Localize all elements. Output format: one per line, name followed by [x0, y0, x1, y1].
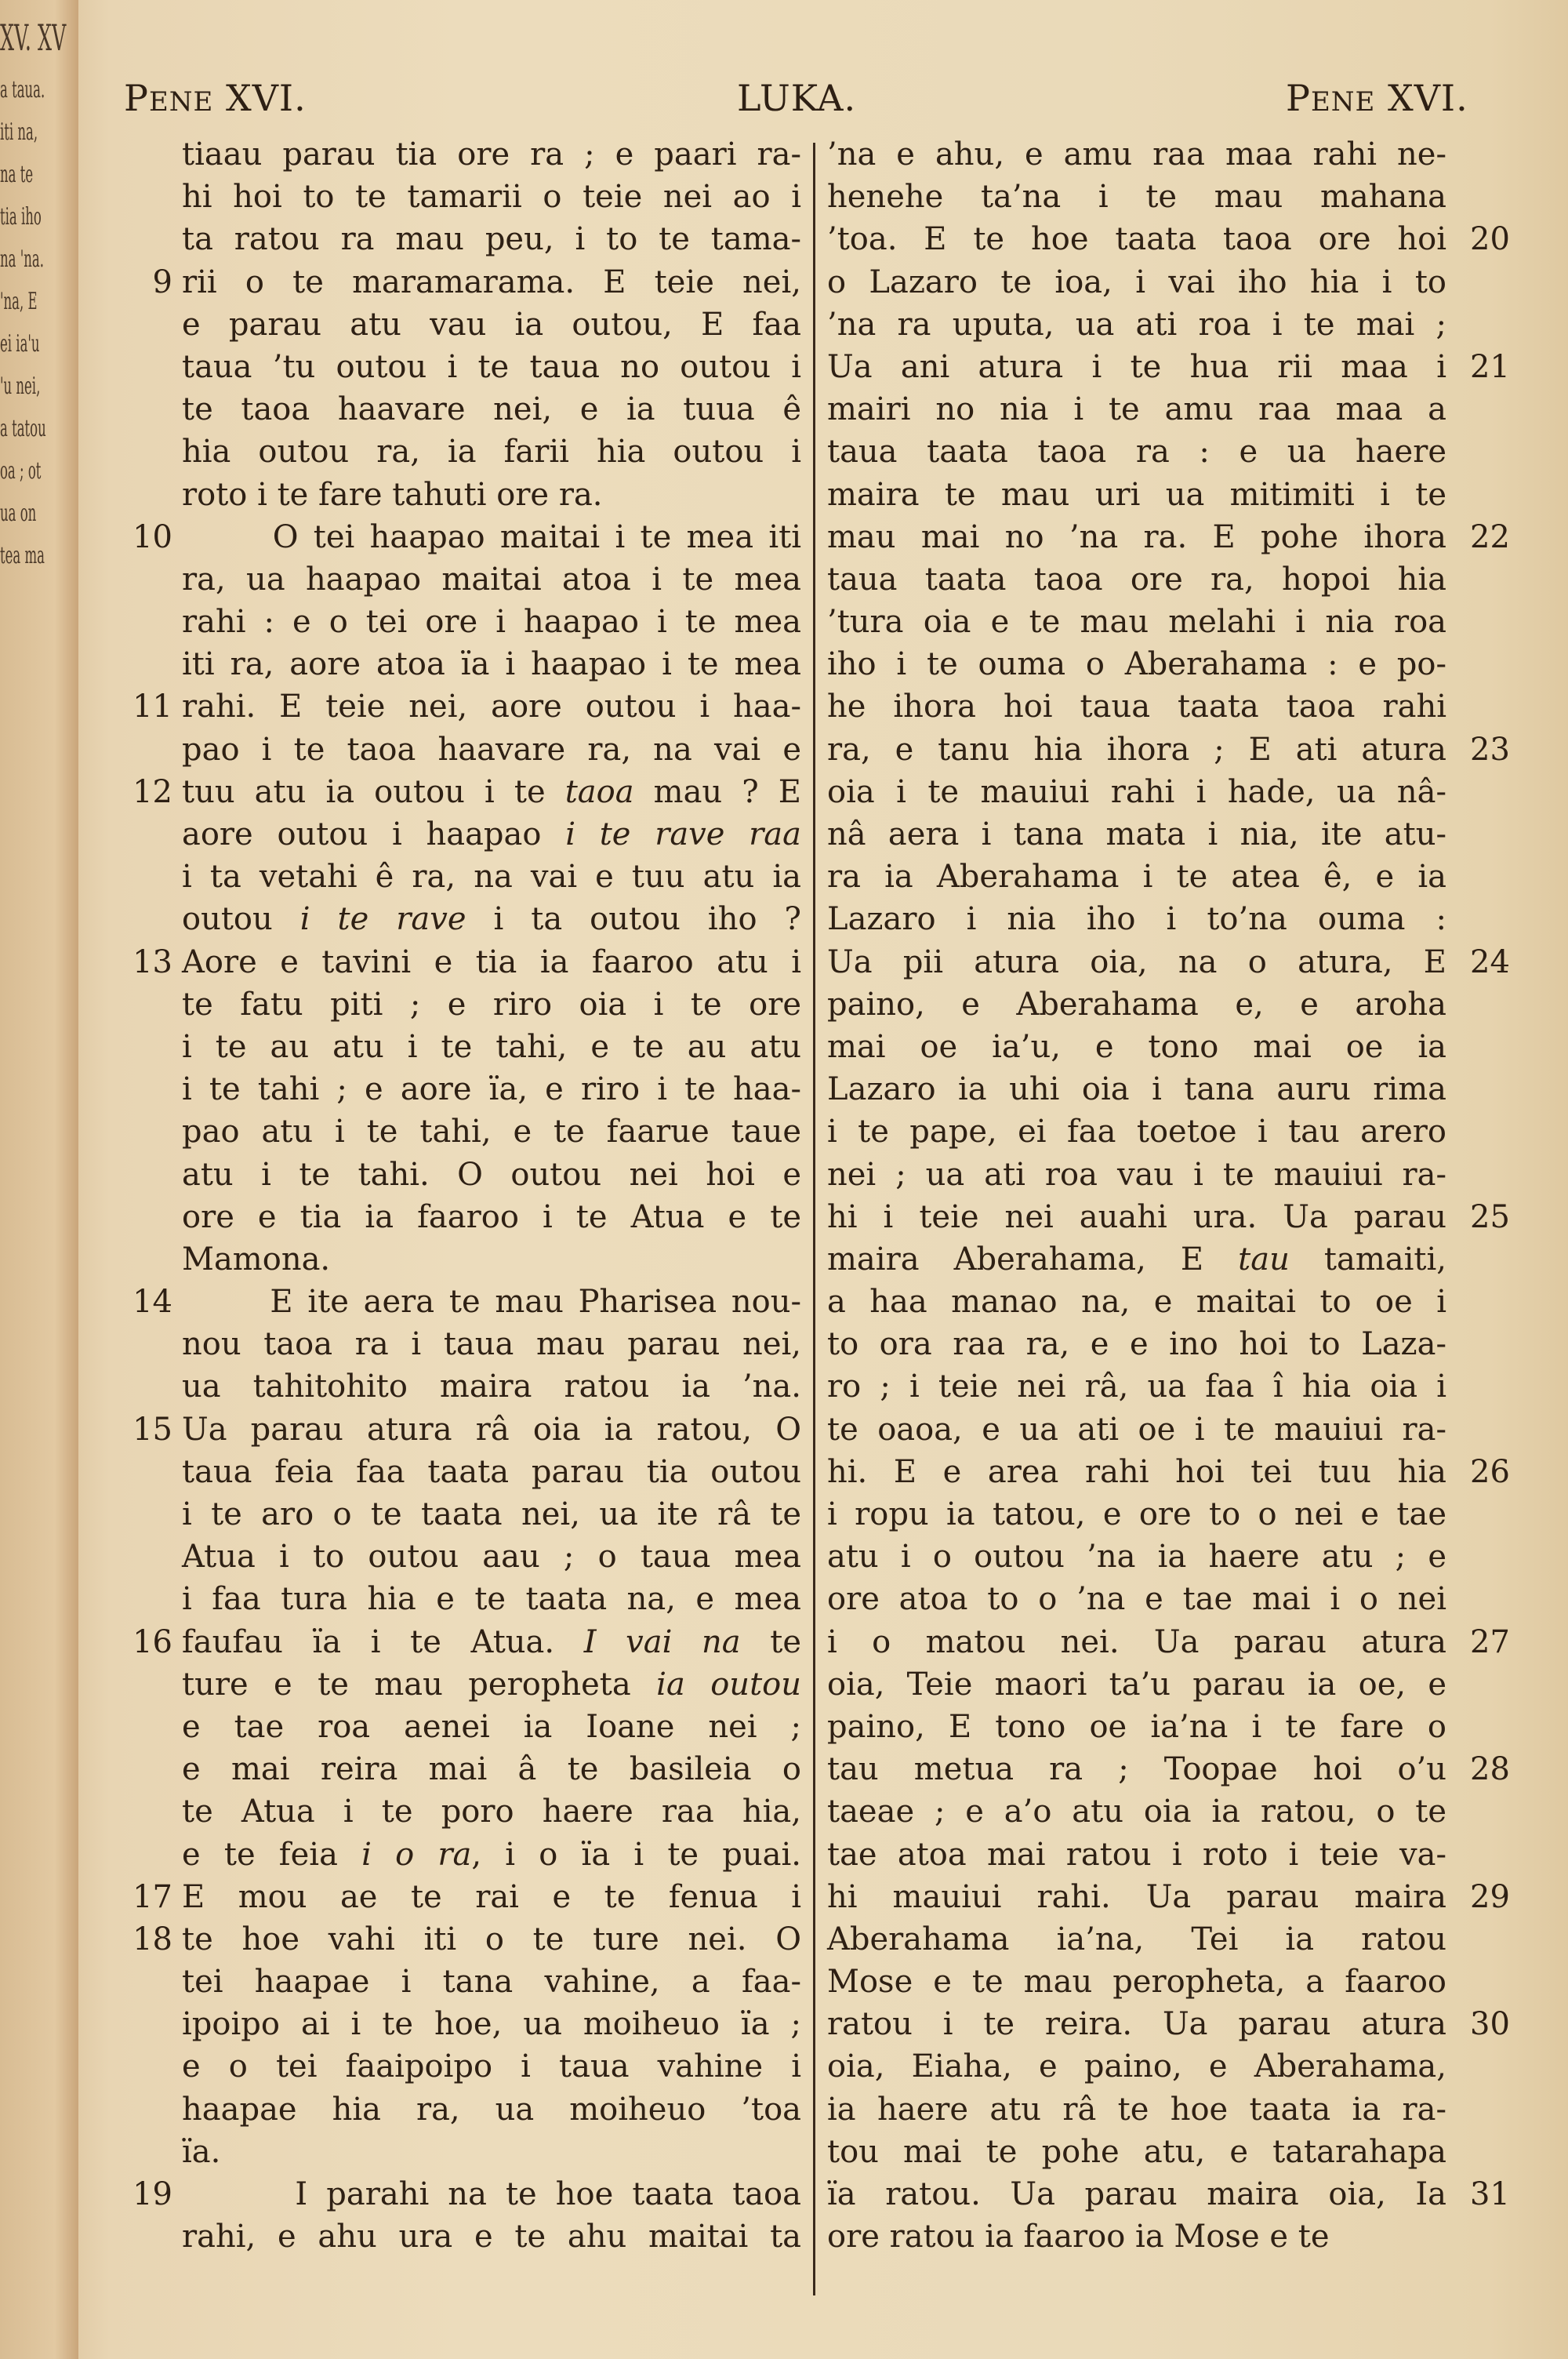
verse-text: e tae roa aenei ia Ioane nei ; — [182, 1706, 801, 1748]
verse-text: Mose e te mau peropheta, a faaroo — [827, 1961, 1446, 2003]
text-line: tou mai te pohe atu, e tatarahapa — [827, 2131, 1517, 2173]
text-line: e te feia i o ra, i o ïa i te puai. — [125, 1834, 808, 1876]
text-line: roto i te fare tahuti ore ra. — [125, 474, 808, 516]
text-line: 27i o matou nei. Ua parau atura — [827, 1621, 1517, 1663]
facing-page-line: na te — [0, 154, 66, 196]
text-line: Lazaro i nia iho i to’na ouma : — [827, 898, 1517, 940]
text-line: Atua i to outou aau ; o taua mea — [125, 1536, 808, 1578]
text-line: 29hi mauiui rahi. Ua parau maira — [827, 1876, 1517, 1918]
verse-text: roto i te fare tahuti ore ra. — [182, 474, 801, 516]
facing-page-line: tea ma — [0, 535, 66, 577]
text-line: 26hi. E e area rahi hoi tei tuu hia — [827, 1451, 1517, 1493]
text-line: 11rahi. E teie nei, aore outou i haa- — [125, 685, 808, 728]
verse-text: i faa tura hia e te taata na, e mea — [182, 1578, 801, 1620]
verse-text: hi. E e area rahi hoi tei tuu hia — [827, 1451, 1446, 1493]
facing-page-line: 'na, E — [0, 281, 66, 323]
verse-number: 22 — [1470, 516, 1525, 558]
verse-text: te hoe vahi iti o te ture nei. O — [182, 1918, 801, 1961]
verse-text: tiaau parau tia ore ra ; e paari ra- — [182, 133, 801, 176]
text-line: 25hi i teie nei auahi ura. Ua parau — [827, 1196, 1517, 1238]
verse-text: Ua ani atura i te hua rii maa i — [827, 346, 1446, 388]
verse-text: rahi. E teie nei, aore outou i haa- — [182, 685, 801, 728]
verse-number: 26 — [1470, 1451, 1525, 1493]
verse-text: ore e tia ia faaroo i te Atua e te — [182, 1196, 801, 1238]
text-line: nei ; ua ati roa vau i te mauiui ra- — [827, 1154, 1517, 1196]
verse-text: i te au atu i te tahi, e te au atu — [182, 1026, 801, 1068]
text-line: i ta vetahi ê ra, na vai e tuu atu ia — [125, 856, 808, 898]
verse-text: i te pape, ei faa toetoe i tau arero — [827, 1110, 1446, 1153]
verse-text: ra, ua haapao maitai atoa i te mea — [182, 558, 801, 601]
text-line: te Atua i te poro haere raa hia, — [125, 1790, 808, 1833]
verse-number: 11 — [125, 685, 172, 728]
text-line: mai oe ia’u, e tono mai oe ia — [827, 1026, 1517, 1068]
verse-text: I parahi na te hoe taata taoa — [182, 2173, 801, 2215]
verse-text: maira Aberahama, E tau tamaiti, — [827, 1238, 1446, 1281]
text-line: taua taata taoa ra : e ua haere — [827, 431, 1517, 473]
text-line: 21Ua ani atura i te hua rii maa i — [827, 346, 1517, 388]
text-line: te oaoa, e ua ati oe i te mauiui ra- — [827, 1408, 1517, 1451]
text-line: tei haapae i tana vahine, a faa- — [125, 1961, 808, 2003]
verse-text: e o tei faaipoipo i taua vahine i — [182, 2045, 801, 2088]
verse-text: ’na e ahu, e amu raa maa rahi ne- — [827, 133, 1446, 176]
verse-number: 15 — [125, 1408, 172, 1451]
verse-text: faufau ïa i te Atua. I vai na te — [182, 1621, 801, 1663]
verse-text: henehe ta’na i te mau mahana — [827, 176, 1446, 218]
text-line: haapae hia ra, ua moiheuo ’toa — [125, 2088, 808, 2131]
text-line: pao atu i te tahi, e te faarue taue — [125, 1110, 808, 1153]
text-line: iti ra, aore atoa ïa i haapao i te mea — [125, 643, 808, 685]
verse-text: te Atua i te poro haere raa hia, — [182, 1790, 801, 1833]
verse-number: 30 — [1470, 2003, 1525, 2045]
text-line: ore atoa to o ’na e tae mai i o nei — [827, 1578, 1517, 1620]
text-line: 12tuu atu ia outou i te taoa mau ? E — [125, 771, 808, 813]
text-line: 13Aore e tavini e tia ia faaroo atu i — [125, 941, 808, 983]
verse-text: iti ra, aore atoa ïa i haapao i te mea — [182, 643, 801, 685]
facing-page-line: 'u nei, — [0, 365, 66, 408]
text-line: he ihora hoi taua taata taoa rahi — [827, 685, 1517, 728]
text-line: paino, E tono oe ia’na i te fare o — [827, 1706, 1517, 1748]
text-line: taua feia faa taata parau tia outou — [125, 1451, 808, 1493]
verse-number: 18 — [125, 1918, 172, 1961]
text-line: to ora raa ra, e e ino hoi to Laza- — [827, 1323, 1517, 1365]
column-divider-rule — [813, 143, 815, 2295]
text-line: 28tau metua ra ; Toopae hoi o’u — [827, 1748, 1517, 1790]
verse-text: tau metua ra ; Toopae hoi o’u — [827, 1748, 1446, 1790]
verse-text: taua taata taoa ra : e ua haere — [827, 431, 1446, 473]
text-line: te taoa haavare nei, e ia tuua ê — [125, 388, 808, 431]
text-line: oia, Teie maori ta’u parau ia oe, e — [827, 1663, 1517, 1706]
verse-text: taeae ; e a’o atu oia ia ratou, o te — [827, 1790, 1446, 1833]
text-line: aore outou i haapao i te rave raa — [125, 813, 808, 856]
verse-text: tuu atu ia outou i te taoa mau ? E — [182, 771, 801, 813]
verse-text: maira te mau uri ua mitimiti i te — [827, 474, 1446, 516]
text-line: i te aro o te taata nei, ua ite râ te — [125, 1493, 808, 1536]
verse-text: ore ratou ia faaroo ia Mose e te — [827, 2215, 1446, 2258]
text-line: a haa manao na, e maitai to oe i — [827, 1281, 1517, 1323]
text-line: hi hoi to te tamarii o teie nei ao i — [125, 176, 808, 218]
text-line: ro ; i teie nei râ, ua faa î hia oia i — [827, 1365, 1517, 1408]
text-line: 23ra, e tanu hia ihora ; E ati atura — [827, 729, 1517, 771]
verse-text: ’toa. E te hoe taata taoa ore hoi — [827, 218, 1446, 260]
running-head-right-initial: P — [1286, 77, 1311, 119]
verse-text: a haa manao na, e maitai to oe i — [827, 1281, 1446, 1323]
verse-text: ture e te mau peropheta ia outou — [182, 1663, 801, 1706]
text-line: ipoipo ai i te hoe, ua moiheuo ïa ; — [125, 2003, 808, 2045]
verse-text: tou mai te pohe atu, e tatarahapa — [827, 2131, 1446, 2173]
facing-page-gutter: XV. XVa taua.iti na,na tetia ihona 'na.'… — [0, 0, 78, 2359]
text-line: taua taata taoa ore ra, hopoi hia — [827, 558, 1517, 601]
verse-text: he ihora hoi taua taata taoa rahi — [827, 685, 1446, 728]
text-line: ore ratou ia faaroo ia Mose e te — [827, 2215, 1517, 2258]
verse-text: e te feia i o ra, i o ïa i te puai. — [182, 1834, 801, 1876]
text-line: Aberahama ia’na, Tei ia ratou — [827, 1918, 1517, 1961]
verse-text: aore outou i haapao i te rave raa — [182, 813, 801, 856]
verse-number: 10 — [125, 516, 172, 558]
text-line: Mamona. — [125, 1238, 808, 1281]
text-line: hia outou ra, ia farii hia outou i — [125, 431, 808, 473]
verse-text: rahi : e o tei ore i haapao i te mea — [182, 601, 801, 643]
verse-text: E ite aera te mau Pharisea nou- — [182, 1281, 801, 1323]
verse-text: hi mauiui rahi. Ua parau maira — [827, 1876, 1446, 1918]
verse-text: ra, e tanu hia ihora ; E ati atura — [827, 729, 1446, 771]
verse-number: 27 — [1470, 1621, 1525, 1663]
text-line: maira te mau uri ua mitimiti i te — [827, 474, 1517, 516]
verse-number: 29 — [1470, 1876, 1525, 1918]
verse-text: Atua i to outou aau ; o taua mea — [182, 1536, 801, 1578]
text-line: Mose e te mau peropheta, a faaroo — [827, 1961, 1517, 2003]
text-line: i faa tura hia e te taata na, e mea — [125, 1578, 808, 1620]
facing-page-line: oa ; ot — [0, 450, 66, 493]
verse-text: i te tahi ; e aore ïa, e riro i te haa- — [182, 1068, 801, 1110]
running-head-left-initial: P — [124, 77, 149, 119]
text-line: e mai reira mai â te basileia o — [125, 1748, 808, 1790]
verse-text: tae atoa mai ratou i roto i teie va- — [827, 1834, 1446, 1876]
running-head-left-chapter: XVI. — [213, 77, 306, 119]
text-line: ïa. — [125, 2131, 808, 2173]
text-line: ua tahitohito maira ratou ia ’na. — [125, 1365, 808, 1408]
verse-number: 12 — [125, 771, 172, 813]
facing-page-line: na 'na. — [0, 238, 66, 281]
text-line: paino, e Aberahama e, e aroha — [827, 983, 1517, 1026]
text-line: ore e tia ia faaroo i te Atua e te — [125, 1196, 808, 1238]
text-line: ’tura oia e te mau melahi i nia roa — [827, 601, 1517, 643]
text-line: tae atoa mai ratou i roto i teie va- — [827, 1834, 1517, 1876]
verse-text: ua tahitohito maira ratou ia ’na. — [182, 1365, 801, 1408]
verse-text: o Lazaro te ioa, i vai iho hia i to — [827, 261, 1446, 304]
verse-number: 19 — [125, 2173, 172, 2215]
verse-text: E mou ae te rai e te fenua i — [182, 1876, 801, 1918]
verse-text: e mai reira mai â te basileia o — [182, 1748, 801, 1790]
facing-page-line: ua on — [0, 493, 66, 535]
verse-number: 25 — [1470, 1196, 1525, 1238]
text-line: Lazaro ia uhi oia i tana auru rima — [827, 1068, 1517, 1110]
verse-text: ’tura oia e te mau melahi i nia roa — [827, 601, 1446, 643]
running-head-book-title: LUKA. — [737, 77, 856, 119]
text-line: te fatu piti ; e riro oia i te ore — [125, 983, 808, 1026]
verse-text: Aberahama ia’na, Tei ia ratou — [827, 1918, 1446, 1961]
text-line: rahi : e o tei ore i haapao i te mea — [125, 601, 808, 643]
facing-page-bleed-text: XV. XVa taua.iti na,na tetia ihona 'na.'… — [0, 0, 66, 577]
text-line: outou i te rave i ta outou iho ? — [125, 898, 808, 940]
text-line: 30ratou i te reira. Ua parau atura — [827, 2003, 1517, 2045]
text-line: ra, ua haapao maitai atoa i te mea — [125, 558, 808, 601]
verse-text: oia, Teie maori ta’u parau ia oe, e — [827, 1663, 1446, 1706]
verse-text: hi hoi to te tamarii o teie nei ao i — [182, 176, 801, 218]
text-line: 18te hoe vahi iti o te ture nei. O — [125, 1918, 808, 1961]
verse-text: ratou i te reira. Ua parau atura — [827, 2003, 1446, 2045]
running-head-left: PENE XVI. — [124, 77, 307, 119]
verse-text: Ua parau atura râ oia ia ratou, O — [182, 1408, 801, 1451]
text-line: tiaau parau tia ore ra ; e paari ra- — [125, 133, 808, 176]
text-line: iho i te ouma o Aberahama : e po- — [827, 643, 1517, 685]
verse-text: Lazaro ia uhi oia i tana auru rima — [827, 1068, 1446, 1110]
verse-text: ore atoa to o ’na e tae mai i o nei — [827, 1578, 1446, 1620]
verse-text: rii o te maramarama. E teie nei, — [182, 261, 801, 304]
verse-text: i ta vetahi ê ra, na vai e tuu atu ia — [182, 856, 801, 898]
verse-text: Lazaro i nia iho i to’na ouma : — [827, 898, 1446, 940]
verse-number: 24 — [1470, 941, 1525, 983]
facing-page-line: ei ia'u — [0, 323, 66, 365]
text-line: i te au atu i te tahi, e te au atu — [125, 1026, 808, 1068]
text-line: 17E mou ae te rai e te fenua i — [125, 1876, 808, 1918]
text-line: oia, Eiaha, e paino, e Aberahama, — [827, 2045, 1517, 2088]
verse-text: te fatu piti ; e riro oia i te ore — [182, 983, 801, 1026]
running-head-right-chapter: XVI. — [1375, 77, 1468, 119]
verse-text: oia, Eiaha, e paino, e Aberahama, — [827, 2045, 1446, 2088]
text-line: e parau atu vau ia outou, E faa — [125, 304, 808, 346]
verse-number: 28 — [1470, 1748, 1525, 1790]
verse-text: hi i teie nei auahi ura. Ua parau — [827, 1196, 1446, 1238]
verse-text: i te aro o te taata nei, ua ite râ te — [182, 1493, 801, 1536]
text-line: ’na e ahu, e amu raa maa rahi ne- — [827, 133, 1517, 176]
verse-text: atu i te tahi. O outou nei hoi e — [182, 1154, 801, 1196]
text-line: 10 O tei haapao maitai i te mea iti — [125, 516, 808, 558]
text-line: nou taoa ra i taua mau parau nei, — [125, 1323, 808, 1365]
text-line: ’na ra uputa, ua ati roa i te mai ; — [827, 304, 1517, 346]
running-head-right-smallcaps: ENE — [1311, 86, 1375, 118]
verse-text: hia outou ra, ia farii hia outou i — [182, 431, 801, 473]
text-line: maira Aberahama, E tau tamaiti, — [827, 1238, 1517, 1281]
facing-page-line: a taua. — [0, 69, 66, 111]
text-line: i te tahi ; e aore ïa, e riro i te haa- — [125, 1068, 808, 1110]
verse-text: ro ; i teie nei râ, ua faa î hia oia i — [827, 1365, 1446, 1408]
text-line: 31ïa ratou. Ua parau maira oia, Ia — [827, 2173, 1517, 2215]
text-line: 16faufau ïa i te Atua. I vai na te — [125, 1621, 808, 1663]
verse-text: i o matou nei. Ua parau atura — [827, 1621, 1446, 1663]
verse-text: mai oe ia’u, e tono mai oe ia — [827, 1026, 1446, 1068]
text-line: taeae ; e a’o atu oia ia ratou, o te — [827, 1790, 1517, 1833]
text-line: oia i te mauiui rahi i hade, ua nâ- — [827, 771, 1517, 813]
text-line: atu i o outou ’na ia haere atu ; e — [827, 1536, 1517, 1578]
text-column-right: ’na e ahu, e amu raa maa rahi ne-henehe … — [827, 133, 1517, 2258]
running-head-left-smallcaps: ENE — [149, 86, 213, 118]
text-line: atu i te tahi. O outou nei hoi e — [125, 1154, 808, 1196]
text-line: ture e te mau peropheta ia outou — [125, 1663, 808, 1706]
text-line: i te pape, ei faa toetoe i tau arero — [827, 1110, 1517, 1153]
verse-text: paino, E tono oe ia’na i te fare o — [827, 1706, 1446, 1748]
verse-number: 23 — [1470, 729, 1525, 771]
verse-text: ia haere atu râ te hoe taata ia ra- — [827, 2088, 1446, 2131]
text-line: e tae roa aenei ia Ioane nei ; — [125, 1706, 808, 1748]
text-line: o Lazaro te ioa, i vai iho hia i to — [827, 261, 1517, 304]
verse-text: taua ’tu outou i te taua no outou i — [182, 346, 801, 388]
verse-text: ra ia Aberahama i te atea ê, e ia — [827, 856, 1446, 898]
verse-text: pao i te taoa haavare ra, na vai e — [182, 729, 801, 771]
verse-number: 21 — [1470, 346, 1525, 388]
text-line: taua ’tu outou i te taua no outou i — [125, 346, 808, 388]
verse-text: iho i te ouma o Aberahama : e po- — [827, 643, 1446, 685]
verse-text: taua feia faa taata parau tia outou — [182, 1451, 801, 1493]
verse-text: ipoipo ai i te hoe, ua moiheuo ïa ; — [182, 2003, 801, 2045]
verse-number: 31 — [1470, 2173, 1525, 2215]
verse-text: O tei haapao maitai i te mea iti — [182, 516, 801, 558]
verse-text: Mamona. — [182, 1238, 801, 1281]
text-line: nâ aera i tana mata i nia, ite atu- — [827, 813, 1517, 856]
verse-number: 17 — [125, 1876, 172, 1918]
text-column-left: tiaau parau tia ore ra ; e paari ra-hi h… — [125, 133, 808, 2258]
text-line: i ropu ia tatou, e ore to o nei e tae — [827, 1493, 1517, 1536]
text-line: 15Ua parau atura râ oia ia ratou, O — [125, 1408, 808, 1451]
verse-text: tei haapae i tana vahine, a faa- — [182, 1961, 801, 2003]
verse-text: oia i te mauiui rahi i hade, ua nâ- — [827, 771, 1446, 813]
text-line: 20’toa. E te hoe taata taoa ore hoi — [827, 218, 1517, 260]
verse-text: ïa ratou. Ua parau maira oia, Ia — [827, 2173, 1446, 2215]
verse-text: taua taata taoa ore ra, hopoi hia — [827, 558, 1446, 601]
verse-number: 16 — [125, 1621, 172, 1663]
facing-page-line: a tatou — [0, 408, 66, 450]
verse-number: 14 — [125, 1281, 172, 1323]
verse-text: outou i te rave i ta outou iho ? — [182, 898, 801, 940]
verse-text: paino, e Aberahama e, e aroha — [827, 983, 1446, 1026]
verse-number: 20 — [1470, 218, 1525, 260]
facing-page-line: iti na, — [0, 111, 66, 154]
verse-text: nâ aera i tana mata i nia, ite atu- — [827, 813, 1446, 856]
text-line: e o tei faaipoipo i taua vahine i — [125, 2045, 808, 2088]
verse-number: 13 — [125, 941, 172, 983]
text-line: 19 I parahi na te hoe taata taoa — [125, 2173, 808, 2215]
verse-text: nei ; ua ati roa vau i te mauiui ra- — [827, 1154, 1446, 1196]
text-line: ra ia Aberahama i te atea ê, e ia — [827, 856, 1517, 898]
text-line: ta ratou ra mau peu, i to te tama- — [125, 218, 808, 260]
verse-text: mau mai no ’na ra. E pohe ihora — [827, 516, 1446, 558]
verse-text: ’na ra uputa, ua ati roa i te mai ; — [827, 304, 1446, 346]
facing-page-running-head: XV. XV — [0, 6, 66, 69]
text-line: 22mau mai no ’na ra. E pohe ihora — [827, 516, 1517, 558]
text-line: 24Ua pii atura oia, na o atura, E — [827, 941, 1517, 983]
text-line: mairi no nia i te amu raa maa a — [827, 388, 1517, 431]
verse-text: to ora raa ra, e e ino hoi to Laza- — [827, 1323, 1446, 1365]
text-line: ia haere atu râ te hoe taata ia ra- — [827, 2088, 1517, 2131]
verse-text: mairi no nia i te amu raa maa a — [827, 388, 1446, 431]
verse-text: haapae hia ra, ua moiheuo ’toa — [182, 2088, 801, 2131]
text-line: 9rii o te maramarama. E teie nei, — [125, 261, 808, 304]
verse-text: atu i o outou ’na ia haere atu ; e — [827, 1536, 1446, 1578]
verse-number: 9 — [125, 261, 172, 304]
running-head-right: PENE XVI. — [1286, 77, 1468, 119]
verse-text: rahi, e ahu ura e te ahu maitai ta — [182, 2215, 801, 2258]
verse-text: e parau atu vau ia outou, E faa — [182, 304, 801, 346]
verse-text: i ropu ia tatou, e ore to o nei e tae — [827, 1493, 1446, 1536]
verse-text: te oaoa, e ua ati oe i te mauiui ra- — [827, 1408, 1446, 1451]
text-line: 14 E ite aera te mau Pharisea nou- — [125, 1281, 808, 1323]
facing-page-line: tia iho — [0, 196, 66, 238]
verse-text: ïa. — [182, 2131, 801, 2173]
verse-text: Aore e tavini e tia ia faaroo atu i — [182, 941, 801, 983]
text-line: henehe ta’na i te mau mahana — [827, 176, 1517, 218]
verse-text: Ua pii atura oia, na o atura, E — [827, 941, 1446, 983]
verse-text: te taoa haavare nei, e ia tuua ê — [182, 388, 801, 431]
verse-text: ta ratou ra mau peu, i to te tama- — [182, 218, 801, 260]
text-line: pao i te taoa haavare ra, na vai e — [125, 729, 808, 771]
text-line: rahi, e ahu ura e te ahu maitai ta — [125, 2215, 808, 2258]
verse-text: pao atu i te tahi, e te faarue taue — [182, 1110, 801, 1153]
verse-text: nou taoa ra i taua mau parau nei, — [182, 1323, 801, 1365]
